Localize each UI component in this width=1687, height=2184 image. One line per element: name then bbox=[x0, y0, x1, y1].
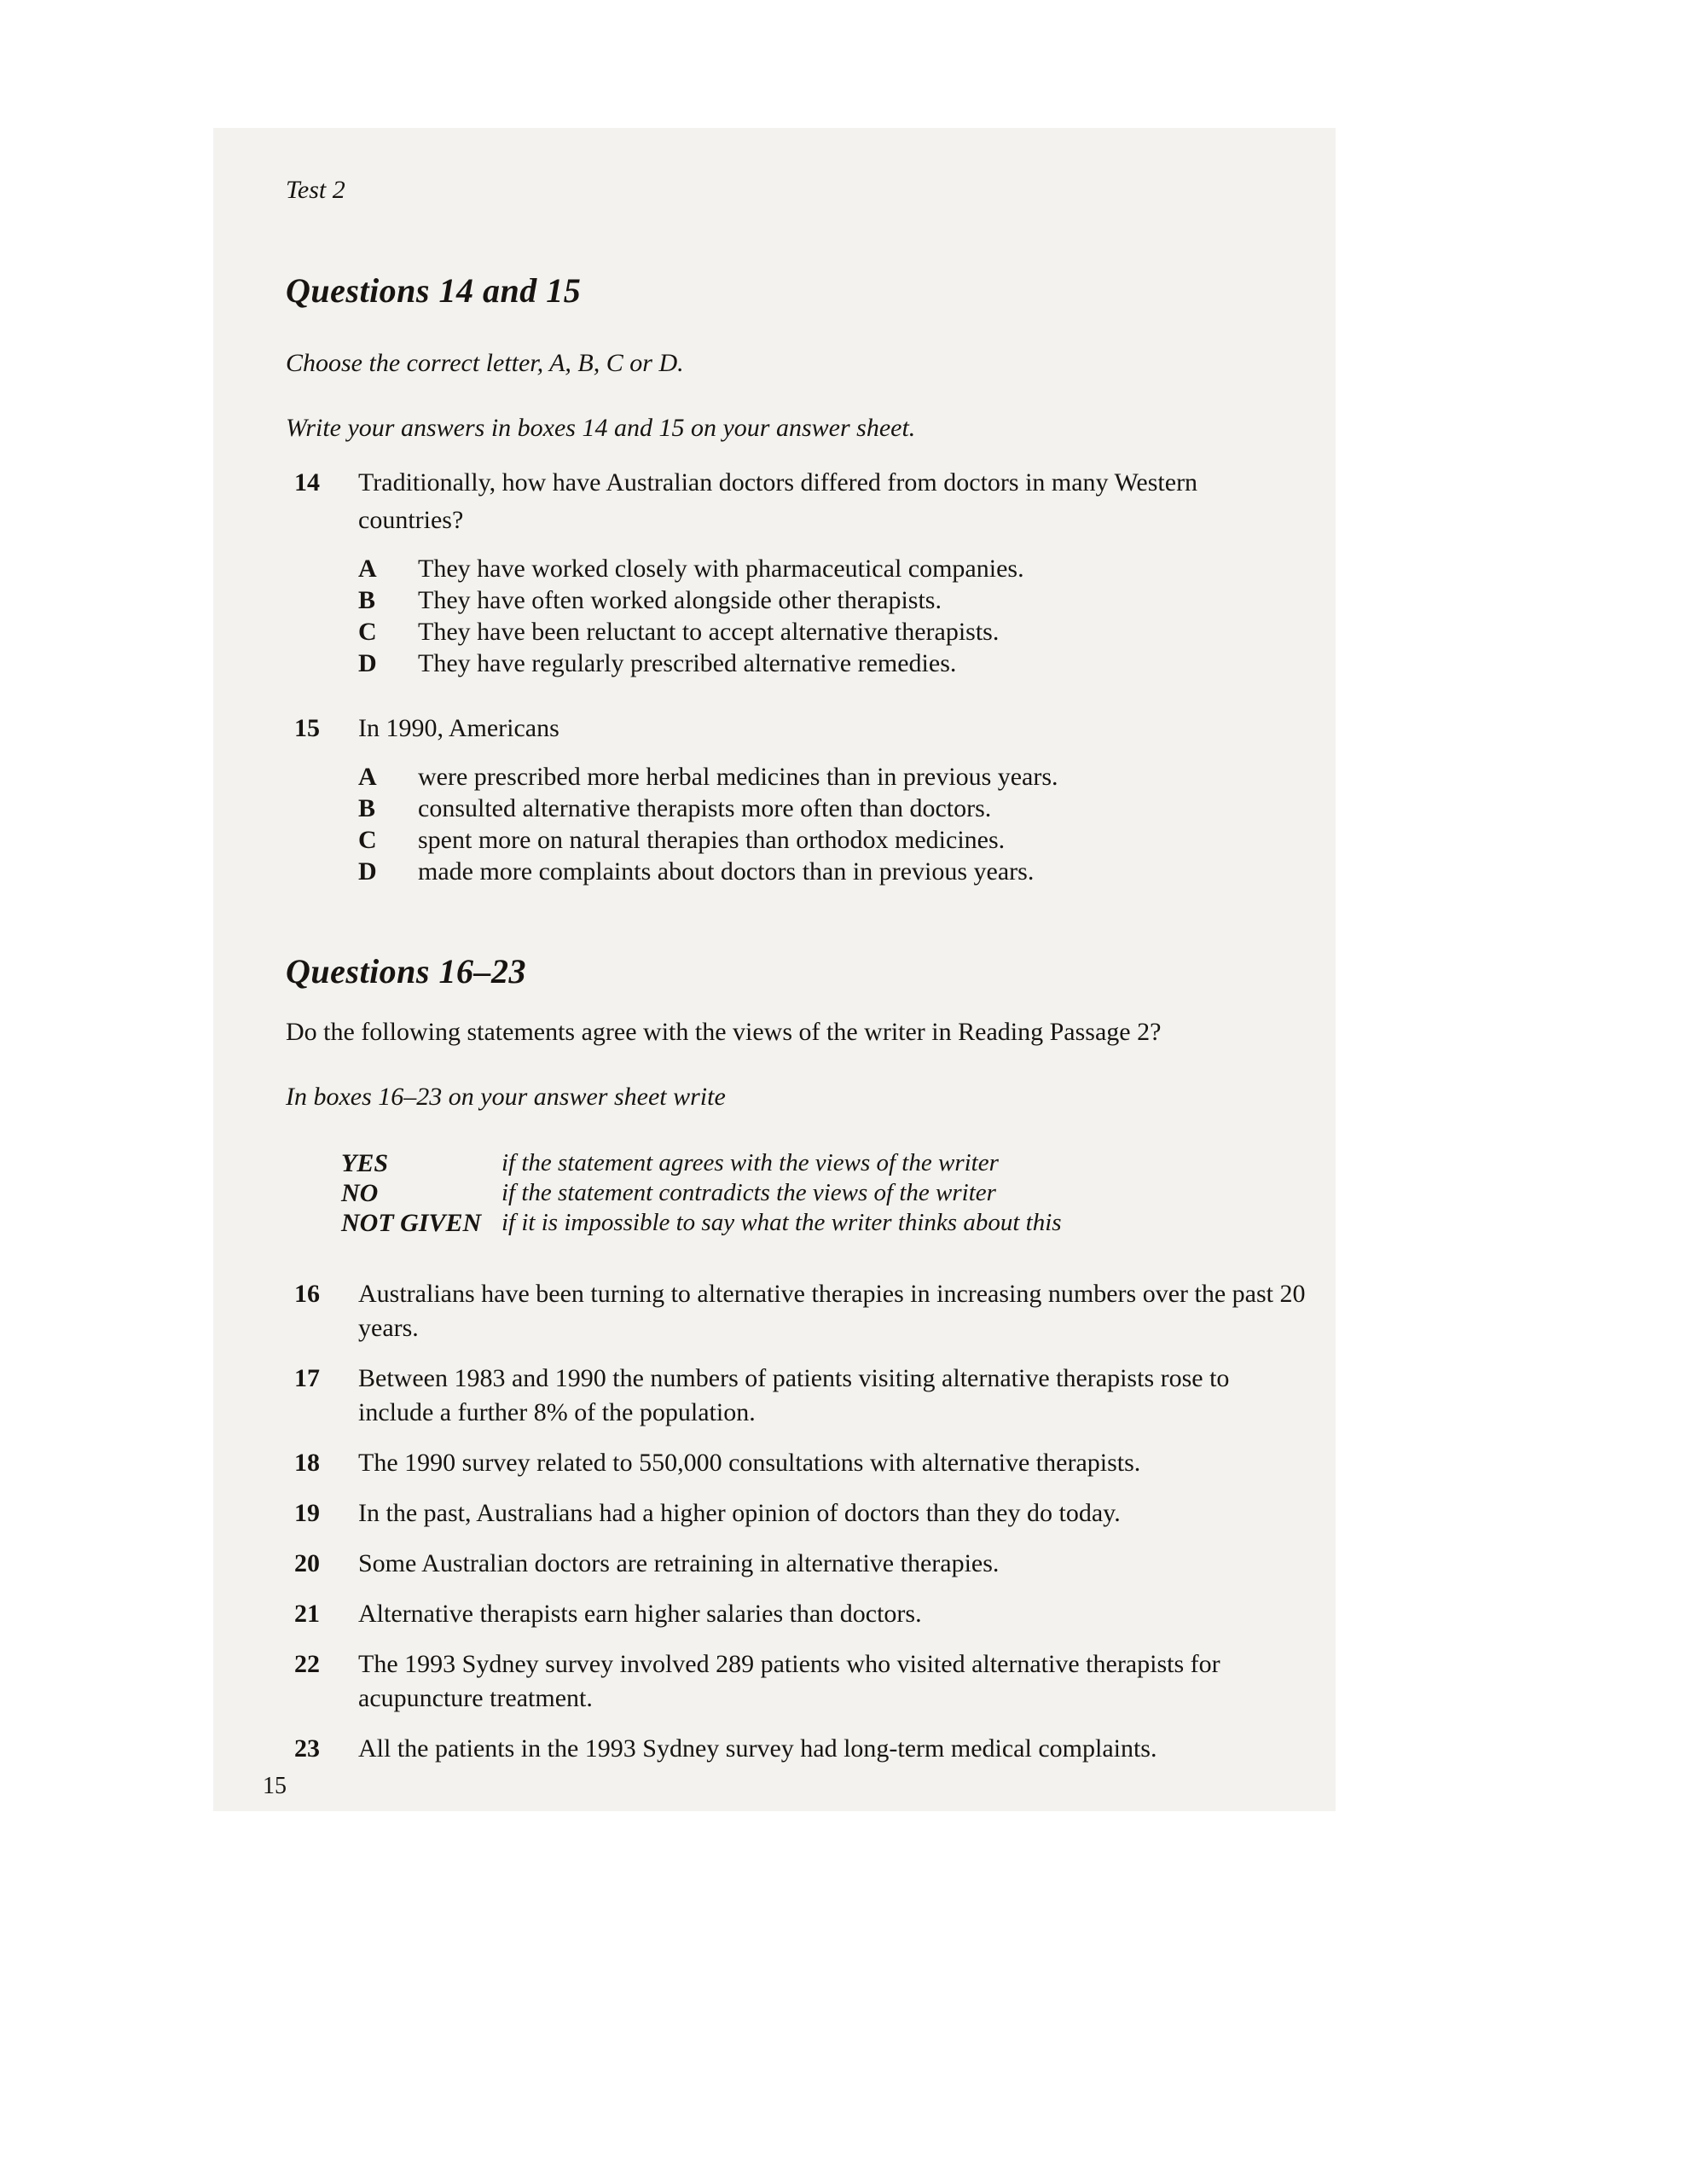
question-15-option-d: D made more complaints about doctors tha… bbox=[358, 856, 1307, 887]
question-14-option-a: A They have worked closely with pharmace… bbox=[358, 553, 1307, 584]
key-no-definition: if the statement contradicts the views o… bbox=[501, 1178, 996, 1208]
section-1-title: Questions 14 and 15 bbox=[286, 271, 1307, 311]
question-15-option-d-letter: D bbox=[358, 856, 418, 887]
statement-18-text: The 1990 survey related to 550,000 consu… bbox=[358, 1446, 1307, 1480]
statement-20-text: Some Australian doctors are retraining i… bbox=[358, 1547, 1307, 1581]
statement-16: 16 Australians have been turning to alte… bbox=[286, 1277, 1307, 1345]
question-14-option-d: D They have regularly prescribed alterna… bbox=[358, 648, 1307, 679]
statement-23-text: All the patients in the 1993 Sydney surv… bbox=[358, 1732, 1307, 1766]
question-14-option-d-text: They have regularly prescribed alternati… bbox=[418, 648, 956, 679]
question-15-text: In 1990, Americans bbox=[358, 710, 1307, 747]
section-2-title: Questions 16–23 bbox=[286, 952, 1307, 991]
statement-22: 22 The 1993 Sydney survey involved 289 p… bbox=[286, 1647, 1307, 1716]
section-1-instruction-write: Write your answers in boxes 14 and 15 on… bbox=[286, 413, 1307, 444]
key-row-yes: YES if the statement agrees with the vie… bbox=[341, 1148, 1307, 1178]
question-14-options: A They have worked closely with pharmace… bbox=[286, 553, 1307, 679]
question-15-number: 15 bbox=[294, 710, 358, 747]
section-1-instruction-choose: Choose the correct letter, A, B, C or D. bbox=[286, 348, 1307, 379]
statement-23: 23 All the patients in the 1993 Sydney s… bbox=[286, 1732, 1307, 1766]
statement-23-number: 23 bbox=[294, 1732, 358, 1766]
statement-21-number: 21 bbox=[294, 1597, 358, 1631]
question-14-option-b: B They have often worked alongside other… bbox=[358, 584, 1307, 616]
section-2-instruction-agree: Do the following statements agree with t… bbox=[286, 1015, 1307, 1049]
question-14-number: 14 bbox=[294, 464, 358, 502]
statement-17: 17 Between 1983 and 1990 the numbers of … bbox=[286, 1362, 1307, 1430]
statement-19-text: In the past, Australians had a higher op… bbox=[358, 1496, 1307, 1531]
question-15-options: A were prescribed more herbal medicines … bbox=[286, 761, 1307, 887]
statement-20: 20 Some Australian doctors are retrainin… bbox=[286, 1547, 1307, 1581]
document-page: Test 2 Questions 14 and 15 Choose the co… bbox=[213, 128, 1336, 1811]
question-14-option-c: C They have been reluctant to accept alt… bbox=[358, 616, 1307, 648]
page-content: Test 2 Questions 14 and 15 Choose the co… bbox=[213, 128, 1336, 1766]
statement-17-text: Between 1983 and 1990 the numbers of pat… bbox=[358, 1362, 1307, 1430]
answer-key-legend: YES if the statement agrees with the vie… bbox=[286, 1148, 1307, 1238]
statement-19-number: 19 bbox=[294, 1496, 358, 1531]
key-yes-label: YES bbox=[341, 1148, 501, 1178]
question-14-option-b-text: They have often worked alongside other t… bbox=[418, 584, 942, 616]
question-15-option-d-text: made more complaints about doctors than … bbox=[418, 856, 1034, 887]
question-14-text: Traditionally, how have Australian docto… bbox=[358, 464, 1307, 539]
question-14-option-c-letter: C bbox=[358, 616, 418, 648]
key-row-no: NO if the statement contradicts the view… bbox=[341, 1178, 1307, 1208]
statement-18-number: 18 bbox=[294, 1446, 358, 1480]
question-15-option-a-text: were prescribed more herbal medicines th… bbox=[418, 761, 1058, 793]
statement-21: 21 Alternative therapists earn higher sa… bbox=[286, 1597, 1307, 1631]
question-14: 14 Traditionally, how have Australian do… bbox=[286, 464, 1307, 679]
key-no-label: NO bbox=[341, 1178, 501, 1208]
key-row-not-given: NOT GIVEN if it is impossible to say wha… bbox=[341, 1208, 1307, 1238]
question-14-option-c-text: They have been reluctant to accept alter… bbox=[418, 616, 999, 648]
page-number: 15 bbox=[263, 1773, 287, 1800]
question-15-option-b: B consulted alternative therapists more … bbox=[358, 793, 1307, 824]
statement-18: 18 The 1990 survey related to 550,000 co… bbox=[286, 1446, 1307, 1480]
question-15: 15 In 1990, Americans A were prescribed … bbox=[286, 710, 1307, 887]
question-15-option-a: A were prescribed more herbal medicines … bbox=[358, 761, 1307, 793]
scan-background: Test 2 Questions 14 and 15 Choose the co… bbox=[0, 0, 1687, 2184]
question-15-option-b-text: consulted alternative therapists more of… bbox=[418, 793, 991, 824]
statements-list: 16 Australians have been turning to alte… bbox=[286, 1277, 1307, 1766]
statement-19: 19 In the past, Australians had a higher… bbox=[286, 1496, 1307, 1531]
statement-21-text: Alternative therapists earn higher salar… bbox=[358, 1597, 1307, 1631]
statement-16-text: Australians have been turning to alterna… bbox=[358, 1277, 1307, 1345]
statement-17-number: 17 bbox=[294, 1362, 358, 1396]
statement-16-number: 16 bbox=[294, 1277, 358, 1311]
question-14-option-d-letter: D bbox=[358, 648, 418, 679]
statement-22-number: 22 bbox=[294, 1647, 358, 1682]
question-14-option-b-letter: B bbox=[358, 584, 418, 616]
question-14-option-a-text: They have worked closely with pharmaceut… bbox=[418, 553, 1024, 584]
question-14-option-a-letter: A bbox=[358, 553, 418, 584]
question-15-option-c-text: spent more on natural therapies than ort… bbox=[418, 824, 1005, 856]
question-15-stem: 15 In 1990, Americans bbox=[286, 710, 1307, 747]
statement-20-number: 20 bbox=[294, 1547, 358, 1581]
question-15-option-c: C spent more on natural therapies than o… bbox=[358, 824, 1307, 856]
key-not-given-definition: if it is impossible to say what the writ… bbox=[501, 1208, 1062, 1238]
question-14-stem: 14 Traditionally, how have Australian do… bbox=[286, 464, 1307, 539]
statement-22-text: The 1993 Sydney survey involved 289 pati… bbox=[358, 1647, 1307, 1716]
question-15-option-a-letter: A bbox=[358, 761, 418, 793]
key-yes-definition: if the statement agrees with the views o… bbox=[501, 1148, 999, 1178]
question-15-option-c-letter: C bbox=[358, 824, 418, 856]
key-not-given-label: NOT GIVEN bbox=[341, 1208, 501, 1238]
section-2-instruction-boxes: In boxes 16–23 on your answer sheet writ… bbox=[286, 1082, 1307, 1112]
question-15-option-b-letter: B bbox=[358, 793, 418, 824]
running-header: Test 2 bbox=[286, 176, 1307, 205]
